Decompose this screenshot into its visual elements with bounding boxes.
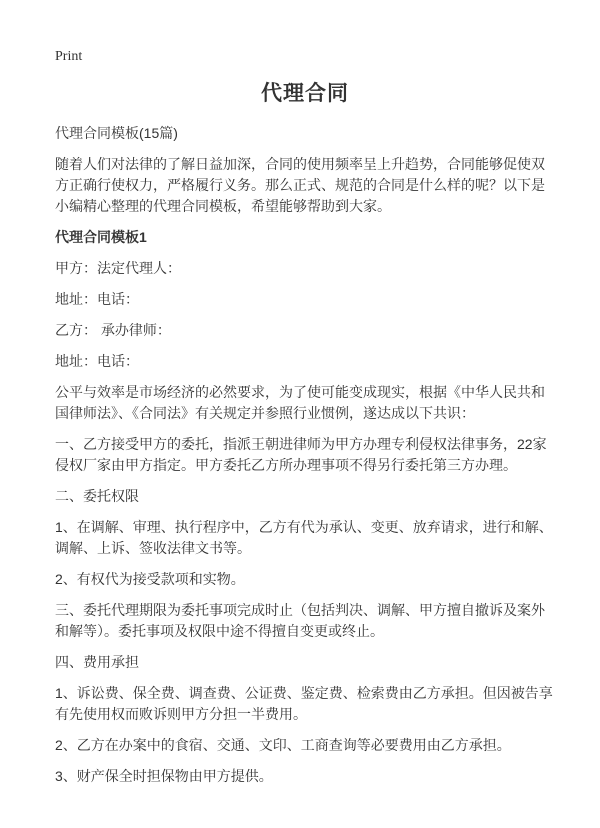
contract-clause-4-item-2: 2、乙方在办案中的食宿、交通、文印、工商查询等必要费用由乙方承担。	[55, 735, 555, 756]
contract-clause-2-item-2: 2、有权代为接受款项和实物。	[55, 569, 555, 590]
intro-paragraph: 随着人们对法律的了解日益加深，合同的使用频率呈上升趋势，合同能够促使双方正确行使…	[55, 154, 555, 217]
section-heading-template-1: 代理合同模板1	[55, 227, 555, 248]
contract-paragraph-party-b: 乙方： 承办律师：	[55, 320, 555, 341]
contract-clause-1: 一、乙方接受甲方的委托，指派王朝进律师为甲方办理专利侵权法律事务，22家侵权厂家…	[55, 434, 555, 476]
contract-clause-4-heading: 四、费用承担	[55, 652, 555, 673]
contract-paragraph-preamble: 公平与效率是市场经济的必然要求，为了使可能变成现实，根据《中华人民共和国律师法》…	[55, 382, 555, 424]
document-subtitle: 代理合同模板(15篇)	[55, 123, 555, 144]
contract-document-page: Print 代理合同 代理合同模板(15篇) 随着人们对法律的了解日益加深，合同…	[0, 0, 600, 828]
document-title: 代理合同	[55, 81, 555, 106]
contract-clause-3: 三、委托代理期限为委托事项完成时止（包括判决、调解、甲方擅自撤诉及案外和解等）。…	[55, 600, 555, 642]
contract-clause-2-heading: 二、委托权限	[55, 486, 555, 507]
contract-paragraph-address-b: 地址：电话：	[55, 351, 555, 372]
contract-paragraph-address-a: 地址：电话：	[55, 289, 555, 310]
print-button[interactable]: Print	[55, 49, 82, 65]
contract-clause-2-item-1: 1、在调解、审理、执行程序中，乙方有代为承认、变更、放弃请求，进行和解、调解、上…	[55, 517, 555, 559]
contract-clause-4-item-1: 1、诉讼费、保全费、调查费、公证费、鉴定费、检索费由乙方承担。但因被告享有先使用…	[55, 683, 555, 725]
contract-paragraph-party-a: 甲方：法定代理人：	[55, 258, 555, 279]
contract-clause-4-item-3: 3、财产保全时担保物由甲方提供。	[55, 766, 555, 787]
